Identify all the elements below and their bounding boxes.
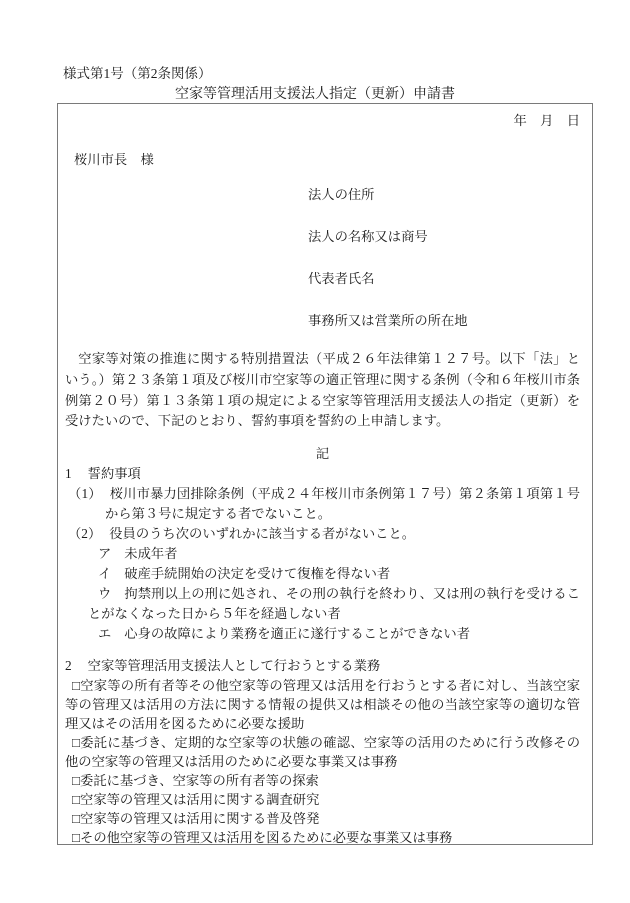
field-label-corporate-address: 法人の住所 (308, 184, 580, 205)
section1-pledges: 1誓約事項 （1）桜川市暴力団排除条例（平成２４年桜川市条例第１７号）第２条第１… (65, 464, 580, 644)
business-item-5: □空家等の管理又は活用に関する普及啓発 (65, 809, 580, 828)
business-item-3-text: 委託に基づき、空家等の所有者等の探索 (80, 773, 319, 788)
checkbox-icon[interactable]: □ (72, 678, 80, 693)
form-number: 様式第1号（第2条関係） (63, 66, 212, 82)
pledge-subitem-u-number: ウ (98, 586, 111, 601)
business-item-4: □空家等の管理又は活用に関する調査研究 (65, 790, 580, 809)
pledge-subitem-e: エ心身の故障により業務を適正に遂行することができない者 (65, 624, 580, 644)
checkbox-icon[interactable]: □ (72, 792, 80, 807)
pledge-item-2-text: 役員のうち次のいずれかに該当する者がないこと。 (109, 526, 415, 541)
business-item-2: □委託に基づき、定期的な空家等の状態の確認、空家等の活用のために行う改修その他の… (65, 733, 580, 771)
document-page: 様式第1号（第2条関係） 空家等管理活用支援法人指定（更新）申請書 年 月 日 … (0, 0, 630, 903)
pledge-subitem-i-text: 破産手続開始の決定を受けて復権を得ない者 (124, 566, 390, 581)
pledge-subitem-i-number: イ (98, 566, 111, 581)
pledge-subitem-e-number: エ (98, 626, 111, 641)
pledge-subitem-u: ウ拘禁刑以上の刑に処され、その刑の執行を終わり、又は刑の執行を受けることがなくな… (65, 584, 580, 624)
pledge-item-2: （2）役員のうち次のいずれかに該当する者がないこと。 (65, 524, 580, 544)
business-item-5-text: 空家等の管理又は活用に関する普及啓発 (80, 811, 319, 826)
section2-number: 2 (65, 658, 72, 673)
business-item-4-text: 空家等の管理又は活用に関する調査研究 (80, 792, 319, 807)
document-title: 空家等管理活用支援法人指定（更新）申請書 (0, 87, 630, 103)
section2-heading: 2空家等管理活用支援法人として行おうとする業務 (65, 656, 580, 676)
checkbox-icon[interactable]: □ (72, 830, 80, 845)
field-label-representative-name: 代表者氏名 (308, 268, 580, 289)
form-box: 年 月 日 桜川市長 様 法人の住所 法人の名称又は商号 代表者氏名 事務所又は… (57, 103, 593, 845)
pledge-subitem-i: イ破産手続開始の決定を受けて復権を得ない者 (65, 564, 580, 584)
record-mark: 記 (65, 444, 580, 464)
business-item-3: □委託に基づき、空家等の所有者等の探索 (65, 771, 580, 790)
business-item-6: □その他空家等の管理又は活用を図るために必要な事業又は事務 (65, 828, 580, 847)
applicant-fields: 法人の住所 法人の名称又は商号 代表者氏名 事務所又は営業所の所在地 (308, 184, 580, 331)
business-item-2-text: 委託に基づき、定期的な空家等の状態の確認、空家等の活用のために行う改修その他の空… (65, 735, 580, 769)
business-item-6-text: その他空家等の管理又は活用を図るために必要な事業又は事務 (80, 830, 452, 845)
pledge-item-1-number: （1） (68, 486, 102, 501)
business-item-1-text: 空家等の所有者等その他空家等の管理又は活用を行おうとする者に対し、当該空家等の管… (65, 678, 580, 731)
date-line: 年 月 日 (65, 110, 580, 131)
pledge-item-1-text: 桜川市暴力団排除条例（平成２４年桜川市条例第１７号）第２条第１項第１号から第３号… (105, 486, 580, 521)
field-label-corporate-name: 法人の名称又は商号 (308, 226, 580, 247)
pledge-subitem-u-text: 拘禁刑以上の刑に処され、その刑の執行を終わり、又は刑の執行を受けることがなくなっ… (88, 586, 580, 621)
section1-heading: 1誓約事項 (65, 464, 580, 484)
pledge-subitem-a: ア未成年者 (65, 544, 580, 564)
section2-title: 空家等管理活用支援法人として行おうとする業務 (88, 658, 381, 673)
business-item-1: □空家等の所有者等その他空家等の管理又は活用を行おうとする者に対し、当該空家等の… (65, 676, 580, 733)
pledge-item-2-number: （2） (68, 526, 101, 541)
pledge-subitem-a-number: ア (98, 546, 111, 561)
field-label-office-location: 事務所又は営業所の所在地 (308, 310, 580, 331)
section1-number: 1 (65, 466, 72, 481)
section1-title: 誓約事項 (88, 466, 141, 481)
body-paragraph: 空家等対策の推進に関する特別措置法（平成２６年法律第１２７号。以下「法」という。… (65, 349, 580, 432)
pledge-item-1: （1）桜川市暴力団排除条例（平成２４年桜川市条例第１７号）第２条第１項第１号から… (65, 484, 580, 524)
checkbox-icon[interactable]: □ (72, 811, 80, 826)
checkbox-icon[interactable]: □ (72, 773, 80, 788)
pledge-subitem-e-text: 心身の故障により業務を適正に遂行することができない者 (124, 626, 470, 641)
addressee: 桜川市長 様 (74, 149, 580, 170)
pledge-subitem-a-text: 未成年者 (124, 546, 177, 561)
